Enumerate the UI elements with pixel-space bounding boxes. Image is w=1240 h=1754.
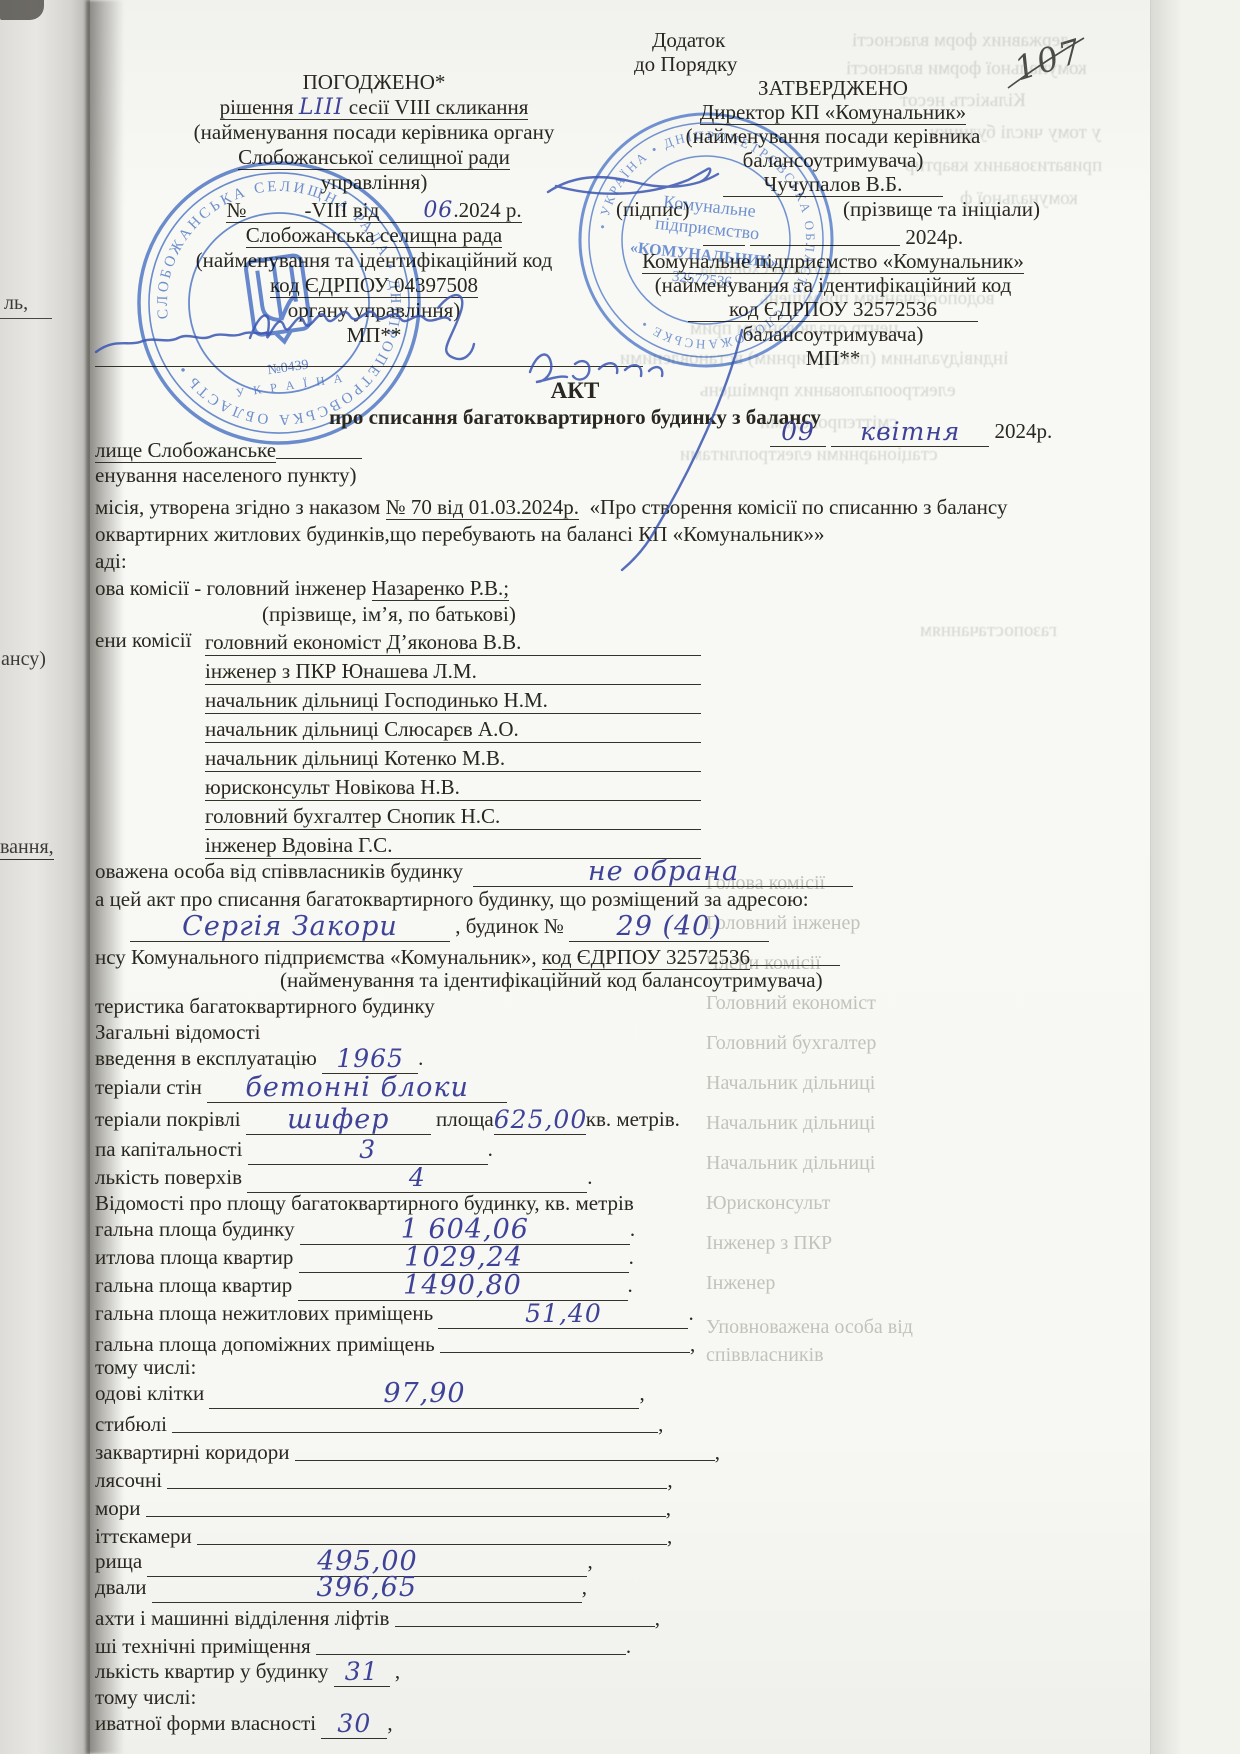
living-area-line: итлова площа квартир 1029,24. bbox=[95, 1244, 634, 1273]
private-count-handwritten: 30 bbox=[337, 1709, 371, 1738]
agreed-title: ПОГОДЖЕНО* bbox=[98, 70, 650, 95]
section1-title: Загальні відомості bbox=[95, 1019, 261, 1045]
elevator-shafts-line: ахти і машинні відділення ліфтів , bbox=[95, 1602, 660, 1631]
storage-rooms-line: мори , bbox=[95, 1492, 671, 1521]
house-number-handwritten: 29 (40) bbox=[617, 911, 722, 942]
commission-member: начальник дільниці Слюсарєв А.О. bbox=[205, 714, 701, 743]
date-month-handwritten: квітня bbox=[860, 417, 960, 446]
name-hint: (прізвище та ініціали) bbox=[843, 197, 1040, 221]
corridors-line: заквартирні коридори , bbox=[95, 1436, 720, 1465]
showthrough-label: Начальник дільниці bbox=[706, 1112, 875, 1135]
apartments-area-line: гальна площа квартир 1490,80. bbox=[95, 1272, 633, 1301]
intro-line1: місія, утворена згідно з наказом № 70 ві… bbox=[95, 494, 1007, 520]
scan-corner-mark bbox=[0, 0, 44, 20]
balance-line: нсу Комунального підприємства «Комунальн… bbox=[95, 941, 840, 970]
basement-handwritten: 396,65 bbox=[317, 1572, 417, 1603]
street-handwritten: Сергія Закори bbox=[182, 911, 398, 942]
total-area-line: гальна площа будинку 1 604,06. bbox=[95, 1216, 635, 1245]
company-round-stamp: • УКРАЇНА • ДНІПРОПЕТРОВСЬКА ОБЛАСТЬ • С… bbox=[542, 85, 870, 395]
act-date: 09 квітня 2024р. bbox=[770, 418, 1052, 447]
commission-member: юрисконсульт Новікова Н.В. bbox=[205, 772, 701, 801]
including-label: тому числі: bbox=[95, 1354, 196, 1380]
bleedthrough-text: газопостачанням bbox=[920, 620, 1057, 642]
session-number-handwritten: LIII bbox=[299, 95, 344, 120]
showthrough-label: Юрисконсульт bbox=[706, 1192, 830, 1215]
commissioning-year-handwritten: 1965 bbox=[336, 1044, 404, 1073]
nonresidential-area-line: гальна площа нежитлових приміщень 51,40. bbox=[95, 1300, 694, 1329]
roof-line: теріали покрівлі шифер площа625,00кв. ме… bbox=[95, 1106, 680, 1135]
stamp-text-line: 32572536 bbox=[671, 269, 733, 291]
underlying-page-edge bbox=[1150, 0, 1240, 1754]
walls-line: теріали стін бетонні блоки bbox=[95, 1074, 507, 1103]
date-day-handwritten: 09 bbox=[781, 417, 815, 446]
showthrough-label: Інженер з ПКР bbox=[706, 1232, 832, 1255]
balance-hint: (найменування та ідентифікаційний код ба… bbox=[280, 967, 823, 993]
apartment-count-handwritten: 31 bbox=[345, 1657, 379, 1686]
floors-handwritten: 4 bbox=[409, 1163, 426, 1192]
commission-member: начальник дільниці Котенко М.В. bbox=[205, 743, 701, 772]
showthrough-label: Начальник дільниці bbox=[706, 1072, 875, 1095]
edge-fragment: вання, bbox=[0, 836, 54, 860]
staircases-line: одові клітки 97,90, bbox=[95, 1380, 645, 1409]
roof-handwritten: шифер bbox=[287, 1104, 389, 1135]
commission-member: головний економіст Д’яконова В.В. bbox=[205, 627, 701, 656]
to-order-label: до Порядку bbox=[596, 52, 1070, 76]
roof-area-handwritten: 625,00 bbox=[494, 1105, 587, 1134]
nonresidential-area-handwritten: 51,40 bbox=[525, 1299, 602, 1328]
edge-fragment: ль, bbox=[4, 292, 28, 315]
bleedthrough-text: стаціонарними електроплитами bbox=[680, 444, 938, 466]
commission-member: начальник дільниці Господинько Н.М. bbox=[205, 685, 701, 714]
commission-member: інженер з ПКР Юнашева Л.М. bbox=[205, 656, 701, 685]
commission-member: головний бухгалтер Снопик Н.С. bbox=[205, 801, 701, 830]
private-ownership-line: иватної форми власності 30, bbox=[95, 1710, 393, 1739]
act-made-line: а цей акт про списання багатоквартирного… bbox=[95, 886, 809, 912]
characteristics-title: теристика багатоквартирного будинку bbox=[95, 993, 435, 1019]
showthrough-label: Інженер bbox=[706, 1272, 775, 1295]
edge-rule bbox=[0, 318, 52, 319]
intro-line2: оквартирних житлових будинків,що перебув… bbox=[95, 521, 825, 547]
showthrough-label: Начальник дільниці bbox=[706, 1152, 875, 1175]
total-area-handwritten: 1 604,06 bbox=[401, 1214, 529, 1245]
adjacent-page-edge bbox=[0, 0, 90, 1754]
date-year: 2024р. bbox=[995, 419, 1053, 443]
svg-text:• УКРАЇНА • ДНІПРОПЕТРОВСЬКА О: • УКРАЇНА • ДНІПРОПЕТРОВСЬКА ОБЛАСТЬ • С… bbox=[583, 117, 829, 364]
garbage-rooms-line: іттєкамери , bbox=[95, 1520, 672, 1549]
settlement-hint: енування населеного пункту) bbox=[95, 462, 357, 488]
commission-member: інженер Вдовіна Г.С. bbox=[205, 830, 701, 859]
stamp-number: №0439 bbox=[267, 358, 310, 379]
edge-fragment: ансу) bbox=[1, 648, 46, 671]
settlement-line: лище Слобожанське bbox=[95, 434, 362, 463]
vestibules-line: стибюлі , bbox=[95, 1408, 663, 1437]
capital-group-handwritten: 3 bbox=[359, 1135, 376, 1164]
showthrough-label: Уповноважена особа від bbox=[706, 1316, 913, 1339]
commissioning-year-line: введення в експлуатацію 1965. bbox=[95, 1045, 423, 1074]
other-premises-line: ші технічні приміщення . bbox=[95, 1630, 631, 1659]
capital-group-line: па капітальності 3. bbox=[95, 1136, 493, 1165]
address-line: Сергія Закори , будинок № 29 (40) bbox=[130, 913, 769, 942]
owners-representative-line: оважена особа від співвласників будинку … bbox=[95, 858, 853, 887]
showthrough-label: Головний бухгалтер bbox=[706, 1032, 876, 1055]
representative-value-handwritten: не обрана bbox=[588, 856, 739, 887]
showthrough-label: співвласників bbox=[706, 1344, 824, 1367]
walls-handwritten: бетонні блоки bbox=[245, 1072, 469, 1103]
staircases-handwritten: 97,90 bbox=[383, 1378, 465, 1409]
scanned-document-page: { "page_number": "107", "header_right": … bbox=[0, 0, 1240, 1754]
auxiliary-area-line: гальна площа допоміжних приміщень , bbox=[95, 1328, 695, 1357]
intro-line3: аді: bbox=[95, 548, 127, 574]
apartment-count-line: лькість квартир у будинку 31 , bbox=[95, 1658, 400, 1687]
apartments-area-handwritten: 1490,80 bbox=[403, 1270, 522, 1301]
stamp-ring-text: • УКРАЇНА • ДНІПРОПЕТРОВСЬКА ОБЛАСТЬ • С… bbox=[583, 117, 829, 364]
living-area-handwritten: 1029,24 bbox=[404, 1242, 523, 1273]
stroller-rooms-line: лясочні , bbox=[95, 1464, 673, 1493]
act-title: АКТ bbox=[0, 378, 1150, 404]
floors-line: лькість поверхів 4. bbox=[95, 1164, 593, 1193]
commission-head-hint: (прізвище, ім’я, по батькові) bbox=[262, 601, 516, 627]
basement-line: двали 396,65, bbox=[95, 1574, 587, 1603]
showthrough-label: Головний економіст bbox=[706, 992, 876, 1015]
including-label2: тому числі: bbox=[95, 1684, 196, 1710]
commission-head: ова комісії - головний інженер Назаренко… bbox=[95, 575, 509, 601]
appendix-label: Додаток bbox=[596, 28, 1070, 52]
stamp-text-line: «КОМУНАЛЬНИК» bbox=[629, 239, 779, 272]
commission-members-label: ени комісії bbox=[95, 627, 191, 653]
section2-title: Відомості про площу багатоквартирного бу… bbox=[95, 1190, 634, 1216]
